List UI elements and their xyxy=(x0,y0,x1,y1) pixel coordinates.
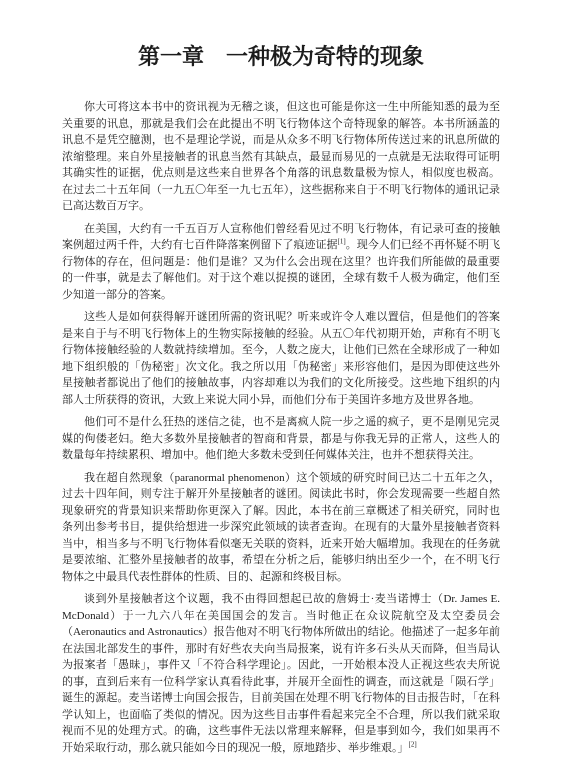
chapter-title: 第一章 一种极为奇特的现象 xyxy=(62,42,500,72)
paragraph-2: 在美国，大约有一千五百万人宣称他们曾经看见过不明飞行物体，有记录可查的接触案例超… xyxy=(62,221,500,304)
text-run: 你大可将这本书中的资讯视为无稽之谈，但这也可能是你这一生中所能知悉的最为至关重要… xyxy=(62,101,500,212)
text-run: 谈到外星接触者这个议题，我不由得回想起已故的詹姆士·麦当诺博士（Dr. Jame… xyxy=(62,593,500,754)
text-run: 我在超自然现象（paranormal phenomenon）这个领域的研究时间已… xyxy=(62,472,500,583)
text-run: 他们可不是什么狂热的迷信之徒，也不是离疯人院一步之遥的疯子，更不是刚见完灵媒的佝… xyxy=(62,416,500,461)
paragraph-5: 我在超自然现象（paranormal phenomenon）这个领域的研究时间已… xyxy=(62,470,500,586)
text-run: 这些人是如何获得解开谜团所需的资讯呢？听来或许令人难以置信，但是他们的答案是来自… xyxy=(62,311,500,406)
paragraph-3: 这些人是如何获得解开谜团所需的资讯呢？听来或许令人难以置信，但是他们的答案是来自… xyxy=(62,309,500,408)
paragraph-4: 他们可不是什么狂热的迷信之徒，也不是离疯人院一步之遥的疯子，更不是刚见完灵媒的佝… xyxy=(62,414,500,464)
footnote-ref: [2] xyxy=(409,740,417,748)
footnote-ref: [1] xyxy=(338,237,346,245)
body-text: 你大可将这本书中的资讯视为无稽之谈，但这也可能是你这一生中所能知悉的最为至关重要… xyxy=(62,99,500,756)
book-page: 第一章 一种极为奇特的现象 你大可将这本书中的资讯视为无稽之谈，但这也可能是你这… xyxy=(0,0,562,761)
paragraph-1: 你大可将这本书中的资讯视为无稽之谈，但这也可能是你这一生中所能知悉的最为至关重要… xyxy=(62,99,500,215)
paragraph-6: 谈到外星接触者这个议题，我不由得回想起已故的詹姆士·麦当诺博士（Dr. Jame… xyxy=(62,591,500,756)
